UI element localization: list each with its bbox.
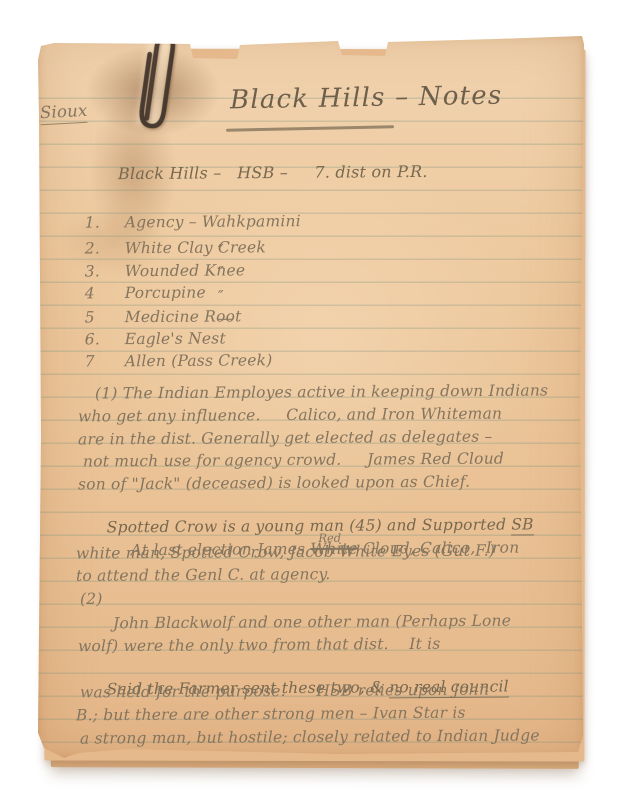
note-line: wolf) were the only two from that dist. … (78, 634, 441, 657)
note-line: B.; but there are other strong men – Iva… (76, 703, 466, 726)
note-line: a strong man, but hostile; closely relat… (80, 725, 540, 748)
note-line: John Blackwolf and one other man (Perhap… (113, 611, 511, 634)
note-line: (1) The Indian Employes active in keepin… (95, 380, 548, 403)
list-suffix: ″ (218, 286, 224, 306)
note-line: son of "Jack" (deceased) is looked upon … (78, 472, 470, 495)
note-line: to attend the Genl C. at agency. (76, 564, 331, 586)
note-line: who get any influence. Calico, and Iron … (78, 404, 502, 427)
corner-label: Sioux (39, 101, 88, 125)
note-line: are in the dist. Generally get elected a… (78, 427, 493, 450)
photo-background: Sioux Black Hills – Notes Black Hills – … (0, 0, 621, 800)
note-line: (2) (80, 589, 103, 609)
list-suffix: ″ (218, 240, 224, 260)
list-suffix: — (218, 308, 234, 328)
page-title: Black Hills – Notes (230, 80, 503, 117)
note-line: was held for the purpose. HSB relies upo… (80, 680, 489, 703)
list-suffix: ″ (218, 262, 224, 282)
notebook-page: Sioux Black Hills – Notes Black Hills – … (38, 36, 584, 758)
header-line: Black Hills – HSB – 7. dist on P.R. (118, 162, 428, 184)
note-line: not much use for agency crowd. James Red… (83, 449, 504, 472)
list-name: Allen (Pass Creek) (125, 351, 273, 370)
list-number: 7 (85, 351, 125, 371)
note-line: white man, Spotted Crow, Jacob White Eye… (76, 541, 495, 564)
